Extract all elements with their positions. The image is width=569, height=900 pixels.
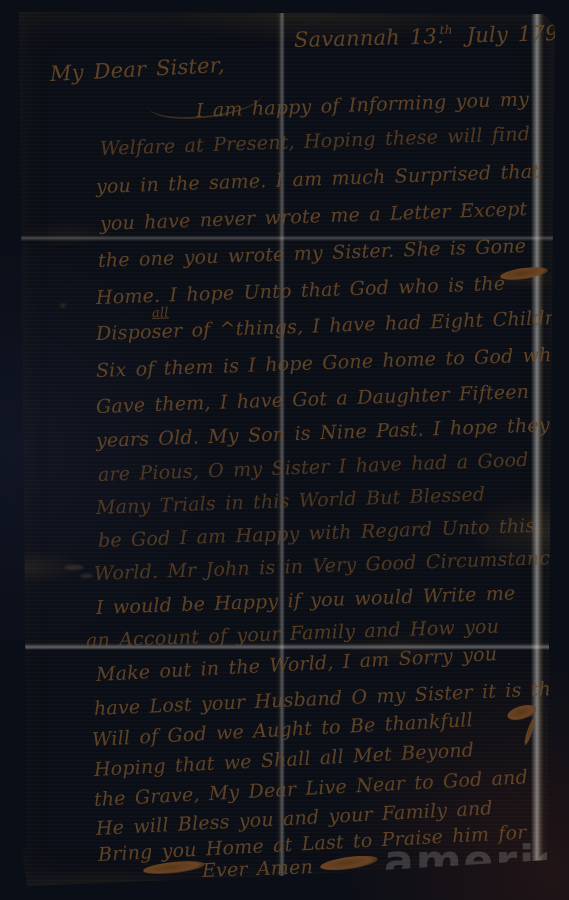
letter-line-14: World. Mr John is in Very Good Circumsta… xyxy=(94,547,562,585)
letter-line-5: the one you wrote my Sister. She is Gone xyxy=(98,235,527,272)
letter-line-4: you have never wrote me a Letter Except xyxy=(100,198,528,235)
letter-line-9: Gave them, I have Got a Daughter Fifteen xyxy=(96,381,530,418)
dateline-ordinal-suffix: th xyxy=(439,23,452,37)
letter-line-2: Welfare at Present, Hoping these will fi… xyxy=(100,123,531,160)
ink-dot xyxy=(60,303,66,308)
dateline: Savannah 13.th July 1790 xyxy=(294,21,569,52)
letter-line-10: years Old. My Son is Nine Past. I hope t… xyxy=(96,414,550,452)
dateline-place-day: Savannah 13. xyxy=(294,24,444,52)
photo-background: Savannah 13.th July 1790 My Dear Sister,… xyxy=(0,0,569,900)
letter-line-11: are Pious, O my Sister I have had a Good xyxy=(98,449,529,486)
letter-line-15: I would be Happy if you would Write me xyxy=(96,582,516,619)
ink-blot xyxy=(499,265,548,283)
closing: Ever Amen xyxy=(202,856,314,882)
dateline-month-year: July 1790 xyxy=(466,21,569,48)
salutation: My Dear Sister, xyxy=(49,53,225,86)
edge-smudge xyxy=(64,565,84,570)
letter-line-12: Many Trials in this World But Blessed xyxy=(96,483,486,519)
edge-smudge xyxy=(80,574,93,578)
letter-line-3: you in the same. I am much Surprised tha… xyxy=(96,160,541,197)
letter-line-6: Home. I hope Unto that God who is the xyxy=(96,273,506,309)
inserted-word: all xyxy=(152,305,169,321)
letter-line-13: be God I am Happy with Regard Unto this xyxy=(98,515,536,552)
letter-line-8: Six of them is I hope Gone home to God w… xyxy=(96,344,564,382)
watermark-text: america xyxy=(384,836,569,887)
paper: Savannah 13.th July 1790 My Dear Sister,… xyxy=(0,0,569,900)
ink-drip xyxy=(523,718,536,746)
ink-swoosh xyxy=(319,853,378,873)
letter-line-18: have Lost your Husband O my Sister it is… xyxy=(94,678,563,720)
